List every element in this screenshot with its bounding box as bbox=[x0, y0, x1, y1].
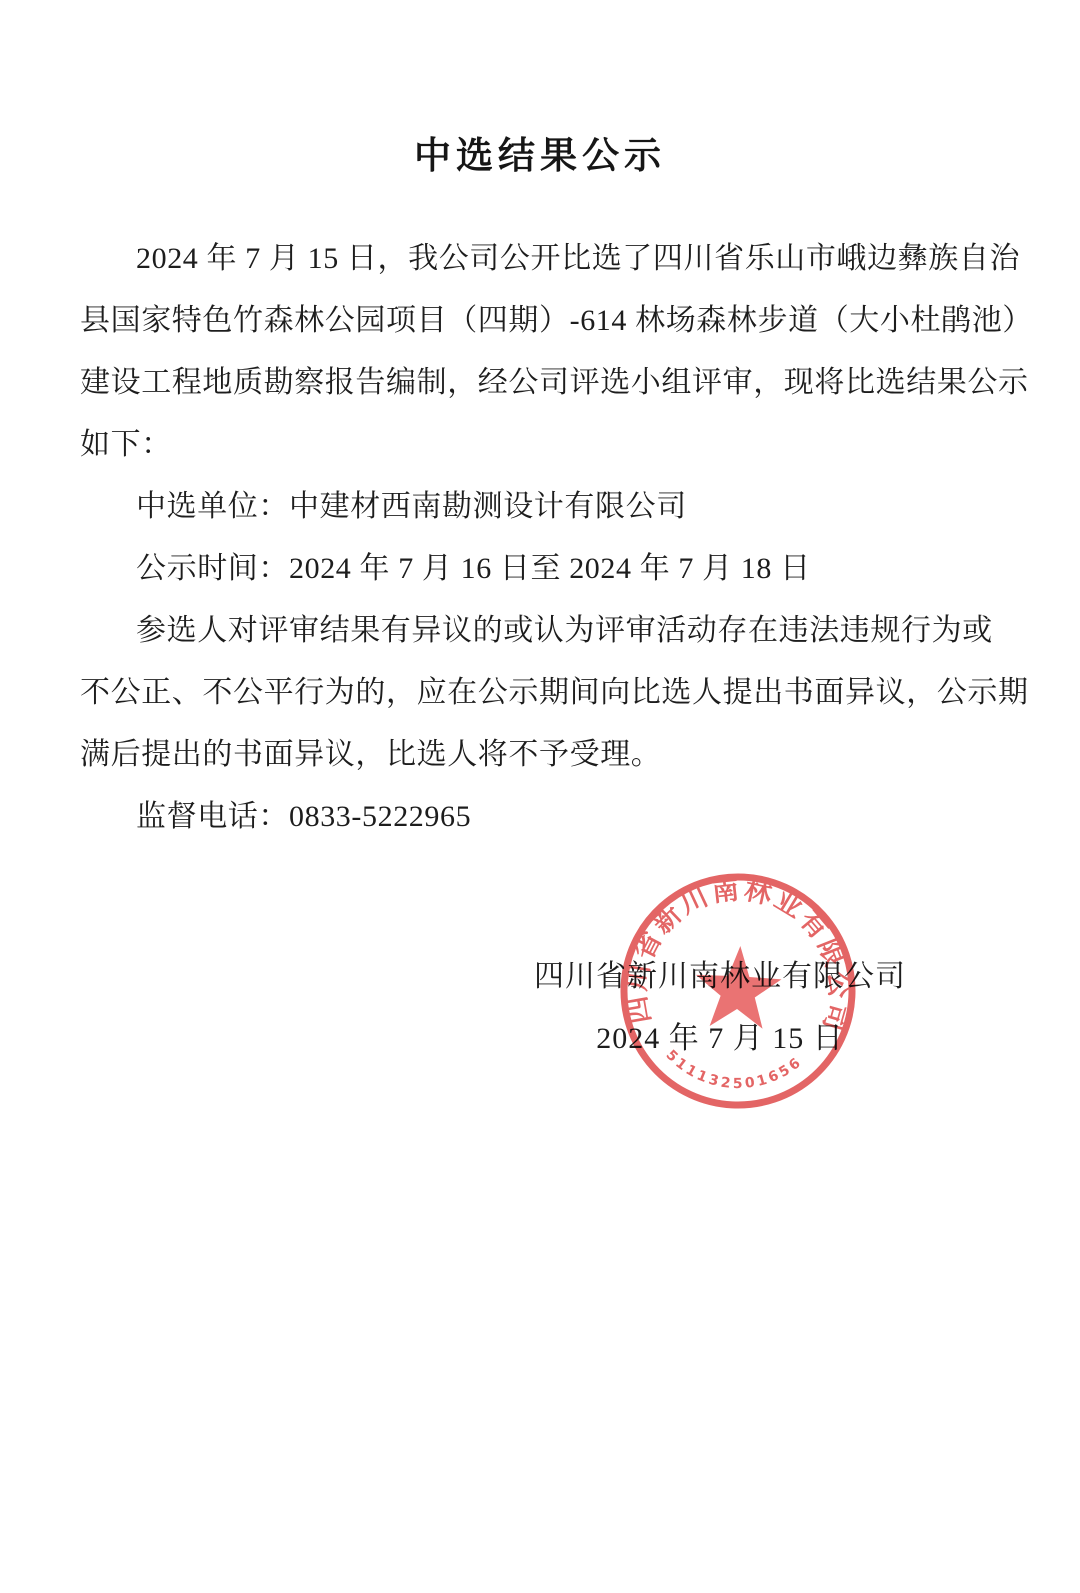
body-line: 如下： bbox=[80, 414, 1004, 476]
body-line: 2024 年 7 月 15 日，我公司公开比选了四川省乐山市峨边彝族自治 bbox=[80, 228, 1004, 290]
body-line: 县国家特色竹森林公园项目（四期）-614 林场森林步道（大小杜鹃池） bbox=[80, 290, 1004, 352]
body-line-publicity-period: 公示时间：2024 年 7 月 16 日至 2024 年 7 月 18 日 bbox=[80, 538, 1004, 600]
seal-star-icon bbox=[693, 944, 783, 1030]
body-line-winner: 中选单位：中建材西南勘测设计有限公司 bbox=[80, 476, 1004, 538]
body-line-supervision-phone: 监督电话：0833-5222965 bbox=[80, 786, 1004, 848]
document-title: 中选结果公示 bbox=[0, 125, 1080, 179]
document-body: 2024 年 7 月 15 日，我公司公开比选了四川省乐山市峨边彝族自治 县国家… bbox=[80, 228, 1004, 848]
document-page: 中选结果公示 2024 年 7 月 15 日，我公司公开比选了四川省乐山市峨边彝… bbox=[0, 0, 1080, 1593]
body-line: 不公正、不公平行为的，应在公示期间向比选人提出书面异议，公示期 bbox=[80, 662, 1004, 724]
body-line: 建设工程地质勘察报告编制，经公司评选小组评审，现将比选结果公示 bbox=[80, 352, 1004, 414]
body-line: 参选人对评审结果有异议的或认为评审活动存在违法违规行为或 bbox=[80, 600, 1004, 662]
body-line: 满后提出的书面异议，比选人将不予受理。 bbox=[80, 724, 1004, 786]
company-seal: 四川省新川南林业有限公司 511132501656 bbox=[607, 860, 870, 1123]
